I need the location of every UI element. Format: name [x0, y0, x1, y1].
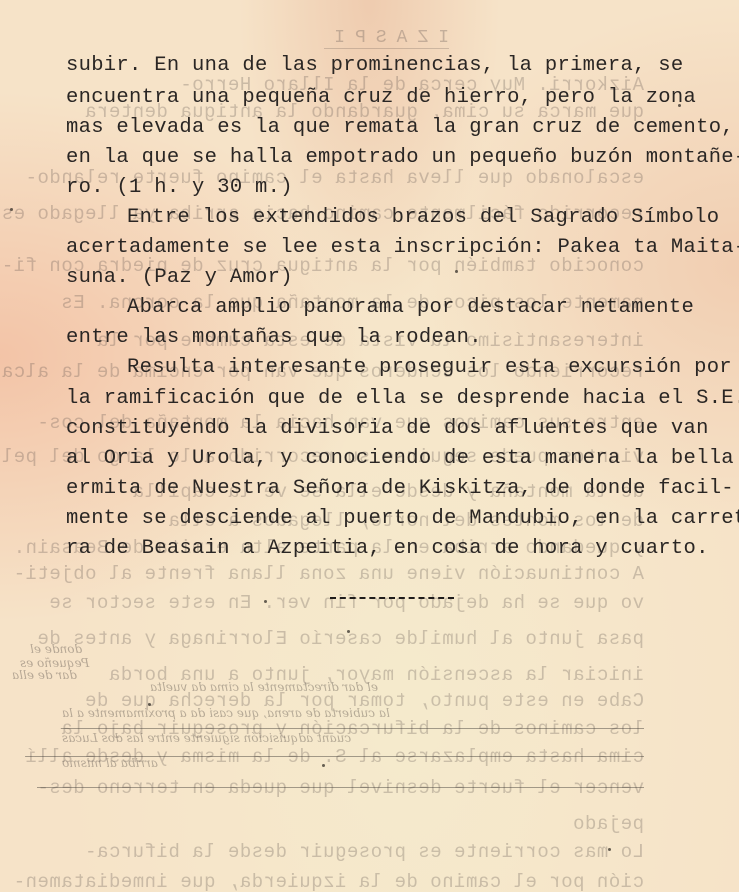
- text-line: Entre los extendidos brazos del Sagrado …: [127, 206, 719, 229]
- text-line: mente se desciende al puerto de Mandubio…: [66, 507, 739, 530]
- handwritten-note: dar de ella: [12, 668, 77, 682]
- text-line: ro. (1 h. y 30 m.): [66, 176, 293, 199]
- text-line: constituyendo la divisoria de dos afluen…: [66, 417, 709, 440]
- text-line: ermita de Nuestra Señora de Kiskitza, de…: [66, 477, 734, 500]
- text-line: subir. En una de las prominencias, la pr…: [66, 54, 684, 77]
- document-page: IZASPI Aizkorri. Muy cerca de la Illaro …: [0, 0, 739, 892]
- handwritten-note: el dar directamente la cima da vuelta: [150, 680, 378, 694]
- text-line: mas elevada es la que remata la gran cru…: [66, 116, 734, 139]
- section-divider: [330, 597, 454, 599]
- text-line: encuentra una pequeña cruz de hierro, pe…: [66, 86, 696, 109]
- handwritten-note: cuant adquisición siguiente entre las do…: [62, 731, 351, 745]
- text-line: ra de Beasain a Azpeitia, en cosa de hor…: [66, 537, 709, 560]
- bleed-line: Lo mas corriente es proseguir desde la b…: [85, 841, 644, 863]
- scan-speck: [678, 104, 681, 107]
- handwritten-note: la cubierta de arena, que casi da a prox…: [62, 706, 390, 720]
- scan-speck: [347, 630, 350, 633]
- text-line: al Oria y Urola, y conociendo de esta ma…: [66, 447, 734, 470]
- text-line: Abarca amplio panorama por destacar neta…: [127, 296, 694, 319]
- text-line: suna. (Paz y Amor): [66, 266, 293, 289]
- text-line: en la que se halla empotrado un pequeño …: [66, 146, 739, 169]
- bleed-line: vo que se ha dejado por fin ver. En este…: [49, 592, 644, 614]
- handwritten-note: donde el: [30, 642, 82, 656]
- bleed-line: pasa junto al humilde caserío Elorrinaga…: [37, 628, 644, 650]
- bleed-line: ción por el camino de la izquierda, que …: [13, 871, 644, 892]
- scan-speck: [264, 600, 267, 603]
- scan-speck: [455, 270, 458, 273]
- bleed-line: pejado: [573, 813, 644, 835]
- text-line: la ramificación que de ella se desprende…: [66, 387, 739, 410]
- bleed-header: IZASPI: [324, 28, 449, 49]
- text-line: acertadamente se lee esta inscripción: P…: [66, 236, 739, 259]
- scan-speck: [608, 848, 611, 851]
- text-line: entre las montañas que la rodean.: [66, 326, 482, 349]
- scan-speck: [148, 703, 151, 706]
- scan-speck: [322, 764, 325, 767]
- scan-speck: [10, 208, 13, 211]
- handwritten-note: arriba al mismo: [62, 756, 158, 770]
- bleed-line: A continuación viene una zona llana fren…: [13, 563, 644, 585]
- text-line: Resulta interesante proseguir esta excur…: [127, 356, 732, 379]
- bleed-line: vencer el fuerte desnivel que queda en t…: [37, 777, 644, 799]
